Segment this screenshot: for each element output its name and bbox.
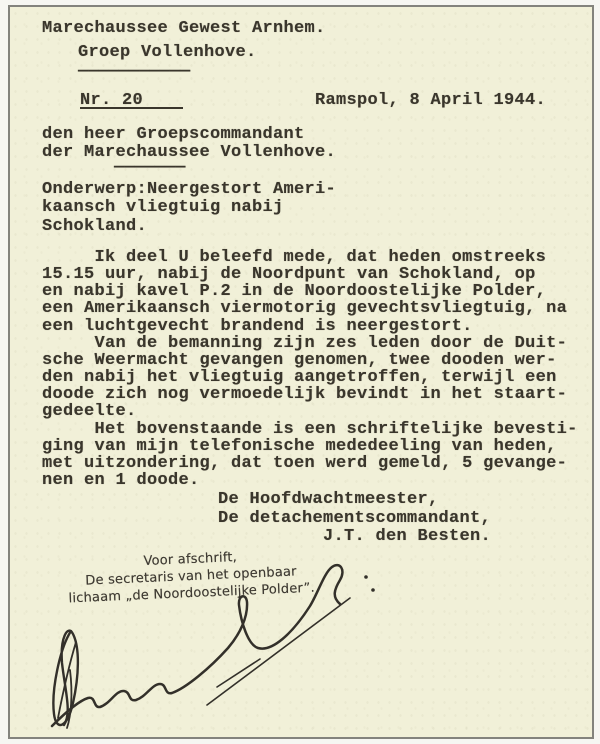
org-name-line: Marechaussee Gewest Arnhem. (42, 20, 326, 38)
typed-signature-block: De Hoofdwachtmeester, De detachementscom… (218, 491, 491, 547)
org-group-line: Groep Vollenhove. (78, 44, 257, 62)
addressee-divider-dashes: ——————— (114, 159, 185, 177)
addressee-block: den heer Groepscommandant der Marechauss… (42, 126, 336, 163)
letter-number-text: Nr. 20 (80, 92, 183, 109)
body-text: Ik deel U beleefd mede, dat heden omstre… (42, 249, 578, 489)
place-date-line: Ramspol, 8 April 1944. (315, 92, 546, 110)
subject-block: Onderwerp:Neergestort Ameri- kaansch vli… (42, 181, 336, 236)
letter-number: Nr. 20 (80, 92, 183, 110)
scanned-letter: Marechaussee Gewest Arnhem. Groep Vollen… (0, 0, 600, 744)
header-divider-dashes: ——————————— (78, 63, 190, 81)
